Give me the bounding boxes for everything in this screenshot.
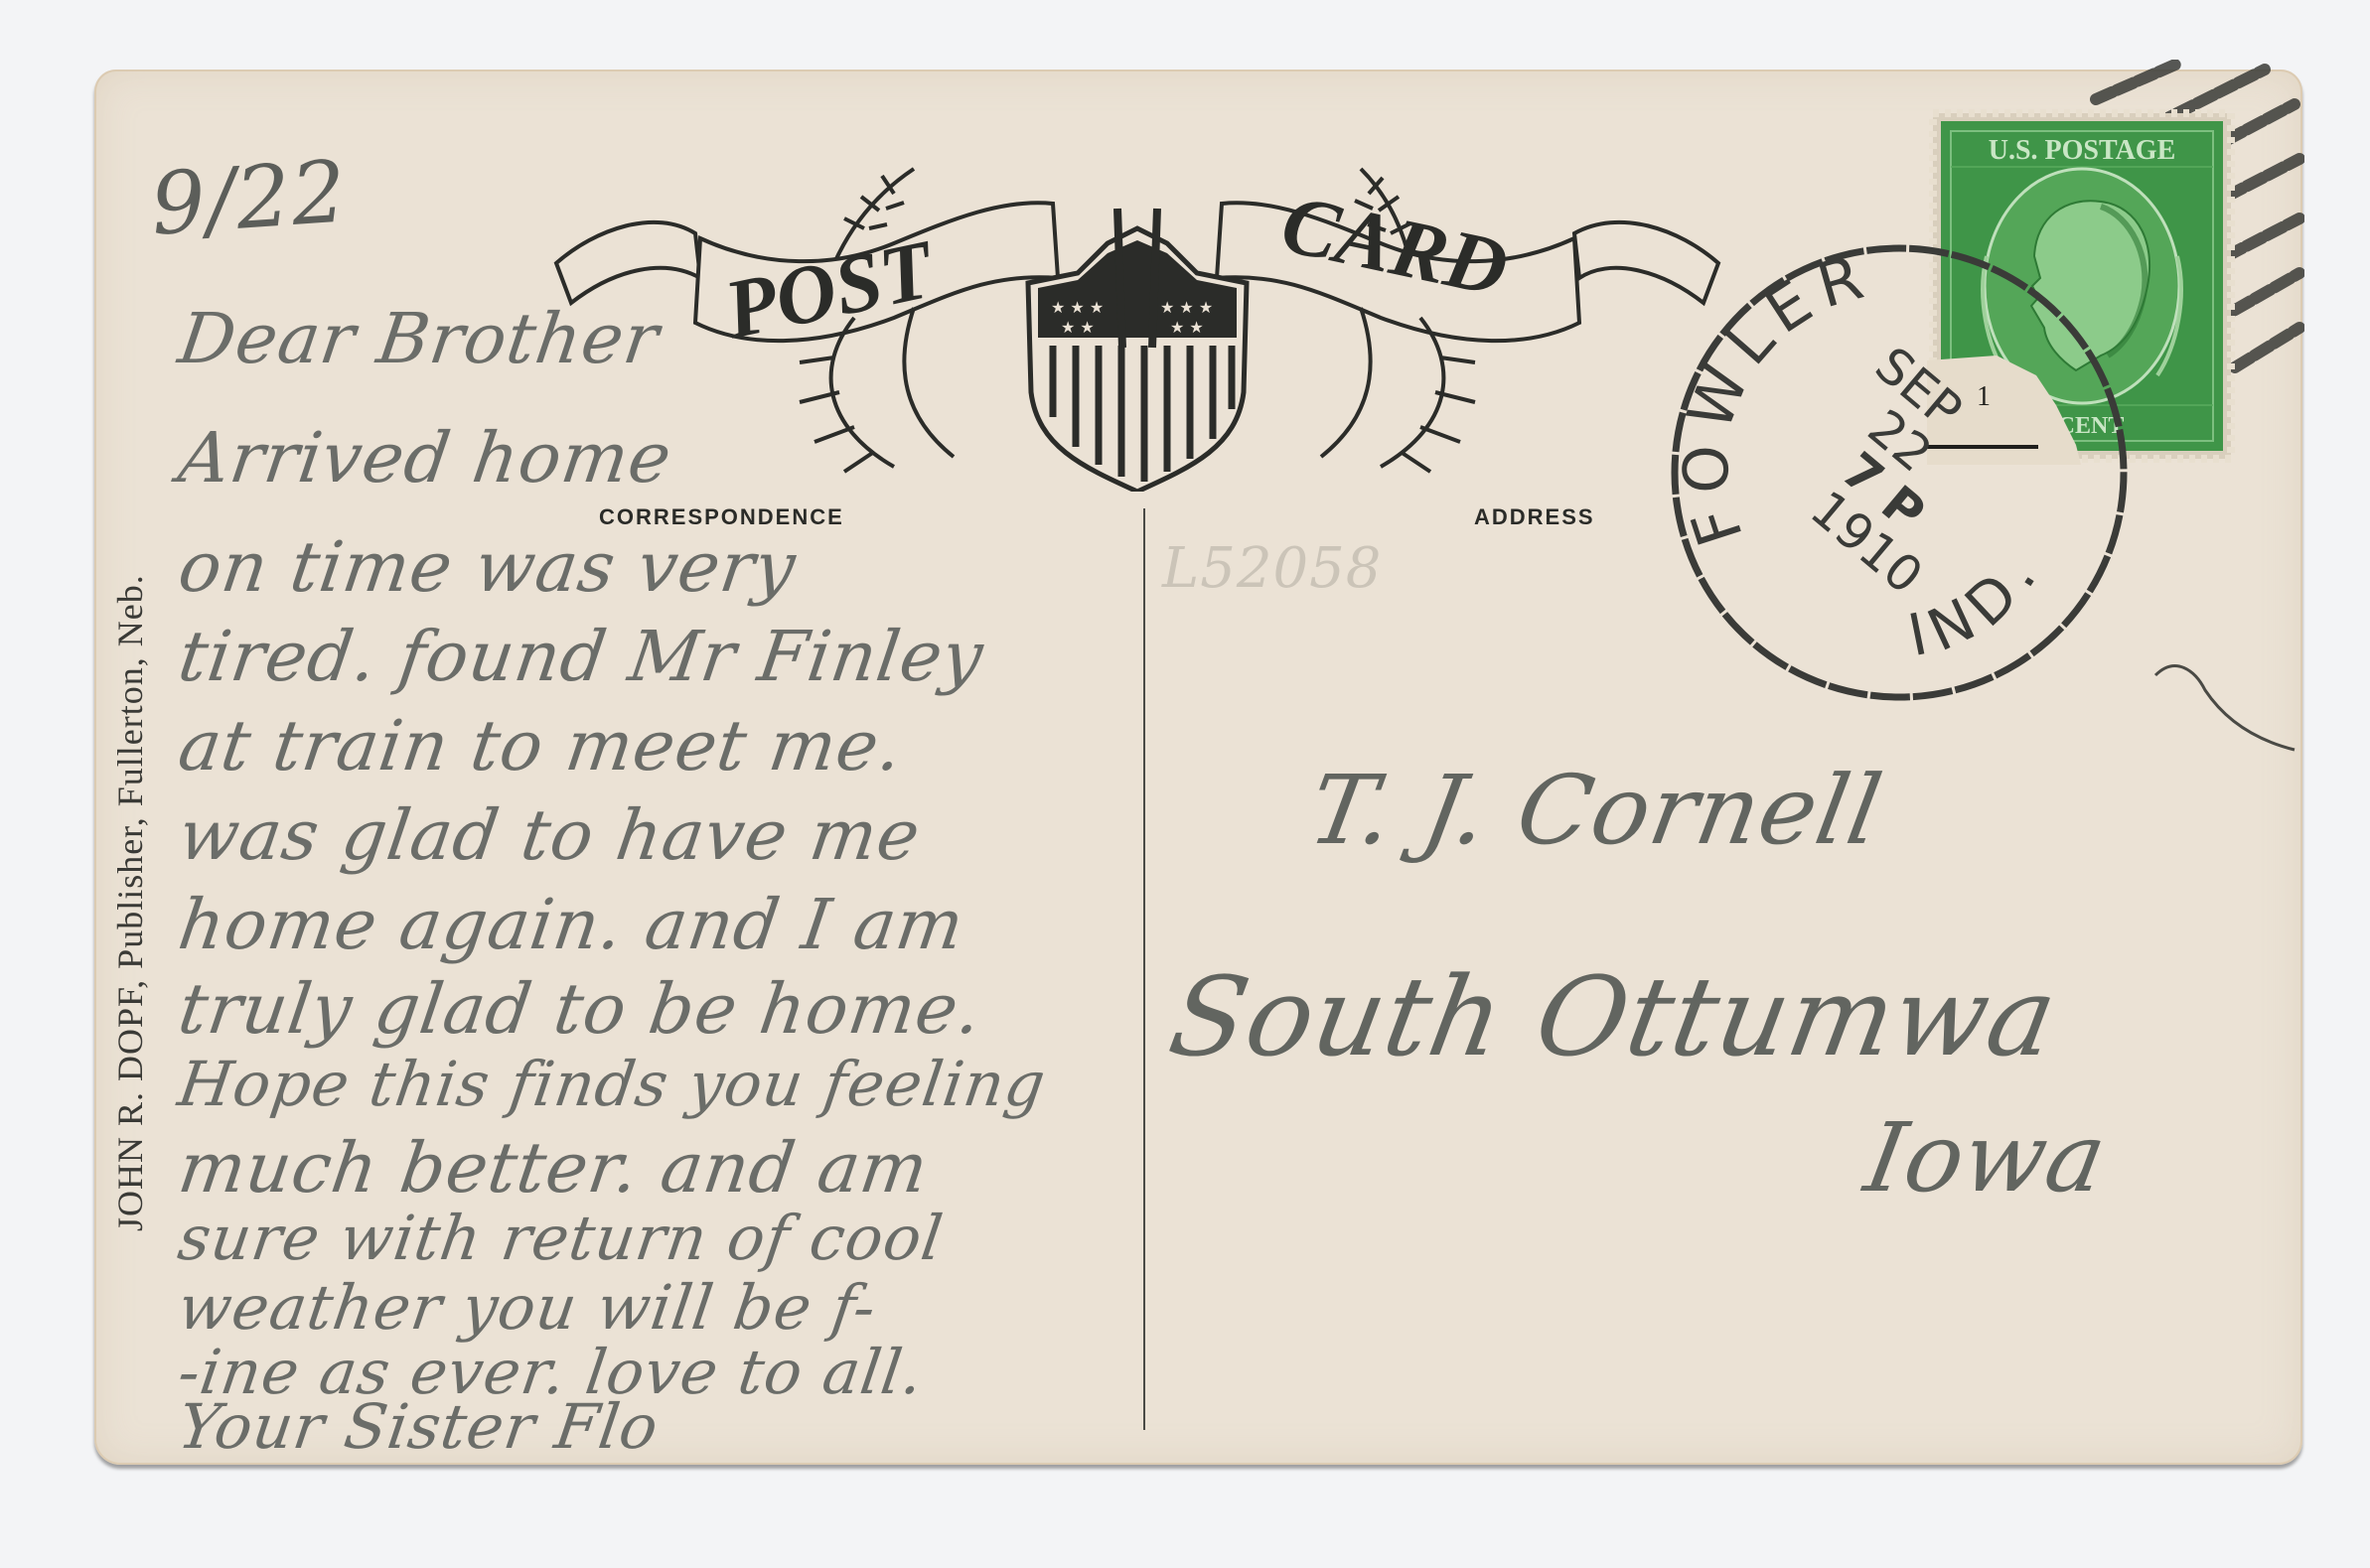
stamp-top-text: U.S. POSTAGE	[1989, 135, 2176, 166]
message-line: truly glad to be home.	[174, 968, 987, 1050]
message-line: sure with return of cool	[174, 1202, 948, 1274]
section-divider	[1143, 508, 1145, 1430]
message-line: tired. found Mr Finley	[174, 616, 988, 697]
recipient-name: T. J. Cornell	[1301, 755, 1890, 866]
svg-text:★ ★ ★: ★ ★ ★	[1051, 298, 1104, 317]
message-line: weather you will be f-	[174, 1271, 881, 1344]
message-line: was glad to have me	[174, 794, 926, 876]
address-label: ADDRESS	[1474, 504, 1595, 530]
pencil-note: L52058	[1162, 536, 1382, 601]
message-line: Dear Brother	[174, 298, 665, 379]
svg-text:★ ★: ★ ★	[1061, 318, 1095, 337]
message-line: much better. and am	[174, 1127, 934, 1209]
date-note: 9/22	[148, 142, 351, 255]
message-signature: Your Sister Flo	[174, 1390, 664, 1463]
message-line: Arrived home	[174, 417, 676, 499]
message-line: home again. and I am	[174, 884, 969, 965]
recipient-city: South Ottumwa	[1161, 953, 2066, 1080]
recipient-state: Iowa	[1857, 1102, 2115, 1213]
message-line: on time was very	[174, 526, 801, 608]
message-line: at train to meet me.	[174, 705, 908, 786]
post-card-banner: ★ ★ ★★ ★ ★ ★ ★★ ★ POST CARD	[536, 149, 1738, 492]
banner-post-text: POST	[716, 222, 944, 357]
publisher-imprint: JOHN R. DOPF, Publisher, Fullerton, Neb.	[109, 574, 151, 1231]
message-line: Hope this finds you feeling	[174, 1048, 1050, 1120]
svg-text:★ ★ ★: ★ ★ ★	[1160, 298, 1213, 317]
card-tear-mark	[2146, 650, 2304, 760]
postmark-circle: FOWLER IND. SEP 22 7 P 1910	[1665, 238, 2134, 707]
svg-text:★ ★: ★ ★	[1170, 318, 1204, 337]
